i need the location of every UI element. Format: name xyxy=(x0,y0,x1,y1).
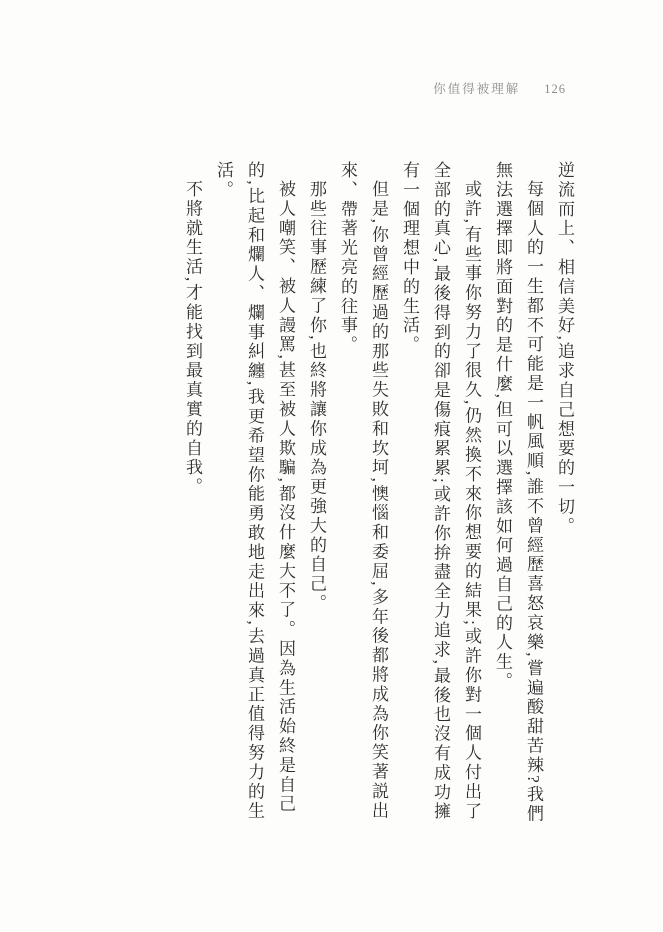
running-title: 你值得被理解 xyxy=(433,79,520,97)
text-column-10: 被人嘲笑、被人謾罵,甚至被人欺騙,都沒什麼大不了。因為生活始終是自己 xyxy=(270,161,301,865)
text-column-7: 但是,你曾經歷過的那些失敗和坎坷,懊惱和委屈,多年後都將成為你笑著説出 xyxy=(363,161,394,865)
text-column-4: 或許,有些事你努力了很久,仍然換不來你想要的結果;或許你對一個人付出了 xyxy=(456,161,487,865)
page-header: 你值得被理解 126 xyxy=(0,79,566,97)
text-column-9: 那些往事歷練了你,也終將讓你成為更強大的自己。 xyxy=(301,161,332,865)
text-column-2: 每個人的一生都不可能是一帆風順,誰不曾經歷喜怒哀樂,嘗遍酸甜苦辣?我們 xyxy=(518,161,549,865)
text-column-6: 有一個理想中的生活。 xyxy=(394,161,425,865)
text-column-11: 的,比起和爛人、爛事糾纏,我更希望你能勇敢地走出來,去過真正值得努力的生 xyxy=(239,161,270,865)
book-page: 你值得被理解 126 逆流而上、相信美好,追求自己想要的一切。 每個人的一生都不… xyxy=(0,0,663,932)
page-number: 126 xyxy=(544,82,566,97)
text-column-12: 活。 xyxy=(208,161,239,865)
body-text: 逆流而上、相信美好,追求自己想要的一切。 每個人的一生都不可能是一帆風順,誰不曾… xyxy=(177,161,580,865)
text-column-5: 全部的真心,最後得到的卻是傷痕累累;或許你拚盡全力追求,最後也沒有成功擁 xyxy=(425,161,456,865)
text-column-13: 不將就生活,才能找到最真實的自我。 xyxy=(177,161,208,865)
text-column-1: 逆流而上、相信美好,追求自己想要的一切。 xyxy=(549,161,580,865)
text-column-8: 來、帶著光亮的往事。 xyxy=(332,161,363,865)
text-column-3: 無法選擇即將面對的是什麼,但可以選擇該如何過自己的人生。 xyxy=(487,161,518,865)
